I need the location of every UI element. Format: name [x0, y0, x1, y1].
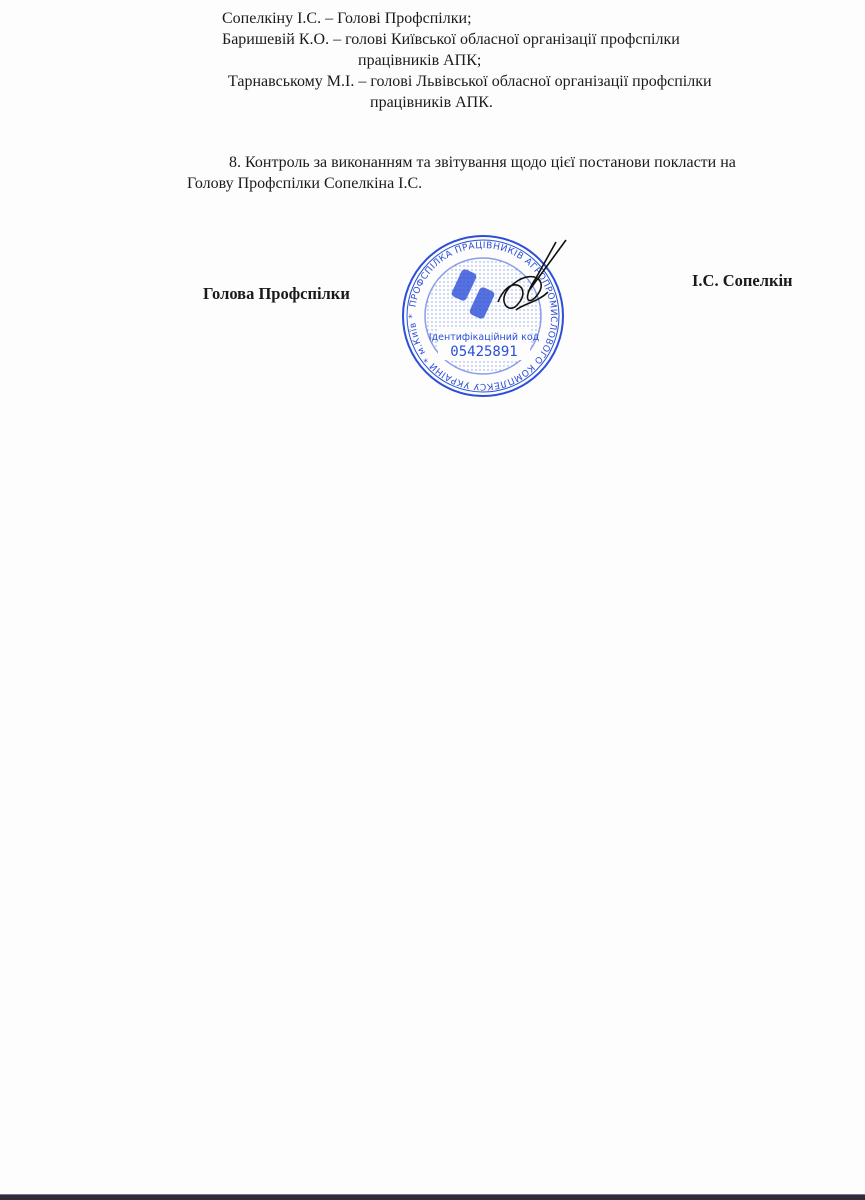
scan-bottom-edge [0, 1194, 865, 1200]
recipient-line-2: Баришевій К.О. – голові Київської обласн… [222, 30, 680, 50]
recipient-line-4: Тарнавському М.І. – голові Львівської об… [228, 72, 712, 92]
document-page: Сопелкіну І.С. – Голові Профспілки; Бари… [0, 0, 865, 1200]
paragraph-8-line-1: 8. Контроль за виконанням та звітування … [229, 153, 736, 173]
stamp-id-label: Ідентифікаційний код [429, 332, 540, 343]
paragraph-8-line-2: Голову Профспілки Сопелкіна І.С. [187, 174, 422, 194]
signature-name: І.С. Сопелкін [692, 271, 793, 291]
recipient-line-3: працівників АПК; [358, 51, 481, 71]
signature-position: Голова Профспілки [203, 284, 350, 304]
recipient-line-1: Сопелкіну І.С. – Голові Профспілки; [222, 9, 472, 29]
recipient-line-5: працівників АПК. [370, 93, 493, 113]
stamp-id-code: 05425891 [450, 344, 517, 360]
official-stamp: ПРОФСПІЛКА ПРАЦІВНИКІВ АГРОПРОМИСЛОВОГО … [398, 232, 568, 400]
